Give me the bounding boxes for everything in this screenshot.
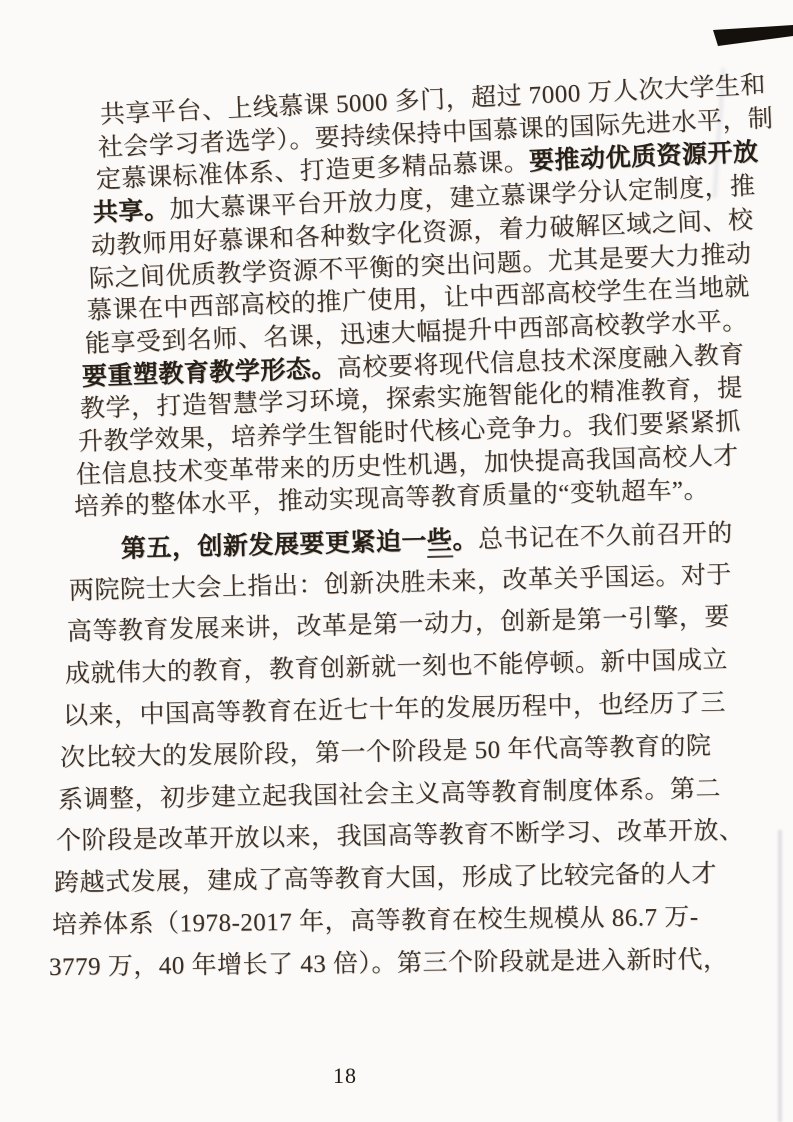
- bold-text-segment: 共享。: [93, 197, 171, 227]
- text-line: 培养体系（1978-2017 年，高等教育在校生规模从 86.7 万-: [51, 903, 698, 941]
- bold-text-segment: 第五，创新发展要更紧迫一: [121, 528, 428, 563]
- text-segment: 3779 万，40 年增长了 43 倍）。第三个阶段就是进入新时代，: [49, 946, 729, 981]
- text-segment: 以来，中国高等教育在近七十年的发展历程中，也经历了三: [62, 690, 725, 730]
- text-segment: 总书记在不久前召开的: [478, 520, 734, 554]
- text-line: 以来，中国高等教育在近七十年的发展历程中，也经历了三: [62, 689, 725, 732]
- text-line: 成就伟大的教育，教育创新就一刻也不能停顿。新中国成立: [64, 646, 728, 690]
- text-segment: 次比较大的发展阶段，第一个阶段是 50 年代高等教育的院: [60, 733, 712, 772]
- text-segment: 成就伟大的教育，教育创新就一刻也不能停顿。新中国成立: [64, 647, 727, 688]
- text-line: 次比较大的发展阶段，第一个阶段是 50 年代高等教育的院: [60, 732, 712, 774]
- bold-text-segment: 些: [427, 527, 453, 558]
- bold-text-segment: 要重塑教育教学形态。: [82, 355, 338, 391]
- text-line: 高等教育发展来讲，改革是第一动力，创新是第一引擎，要: [67, 603, 731, 648]
- page-text: 共享平台、上线慕课 5000 多门，超过 7000 万人次大学生和社会学习者选学…: [0, 0, 793, 1122]
- text-segment: 高等教育发展来讲，改革是第一动力，创新是第一引擎，要: [67, 604, 730, 646]
- scanned-page: 共享平台、上线慕课 5000 多门，超过 7000 万人次大学生和社会学习者选学…: [0, 0, 793, 1122]
- text-line: 系调整，初步建立起我国社会主义高等教育制度体系。第二: [58, 774, 721, 815]
- page-number: 18: [333, 1063, 357, 1089]
- text-segment: 个阶段是改革开放以来，我国高等教育不断学习、改革开放、: [56, 818, 745, 856]
- text-line: 第五，创新发展要更紧迫一些。总书记在不久前召开的: [121, 519, 734, 565]
- text-segment: 跨越式发展，建成了高等教育大国，形成了比较完备的人才: [54, 861, 717, 897]
- text-line: 3779 万，40 年增长了 43 倍）。第三个阶段就是进入新时代，: [49, 945, 729, 983]
- text-line: 跨越式发展，建成了高等教育大国，形成了比较完备的人才: [54, 860, 717, 899]
- bold-text-segment: 。: [452, 526, 478, 554]
- text-segment: 两院院士大会上指出：创新决胜未来，改革关乎国运。对于: [69, 561, 732, 604]
- text-line: 个阶段是改革开放以来，我国高等教育不断学习、改革开放、: [56, 817, 745, 858]
- text-segment: 培养体系（1978-2017 年，高等教育在校生规模从 86.7 万-: [51, 904, 698, 939]
- text-line: 两院院士大会上指出：创新决胜未来，改革关乎国运。对于: [69, 560, 733, 606]
- text-segment: 系调整，初步建立起我国社会主义高等教育制度体系。第二: [58, 775, 721, 813]
- bold-text-segment: 要推动优质资源开放: [528, 139, 758, 176]
